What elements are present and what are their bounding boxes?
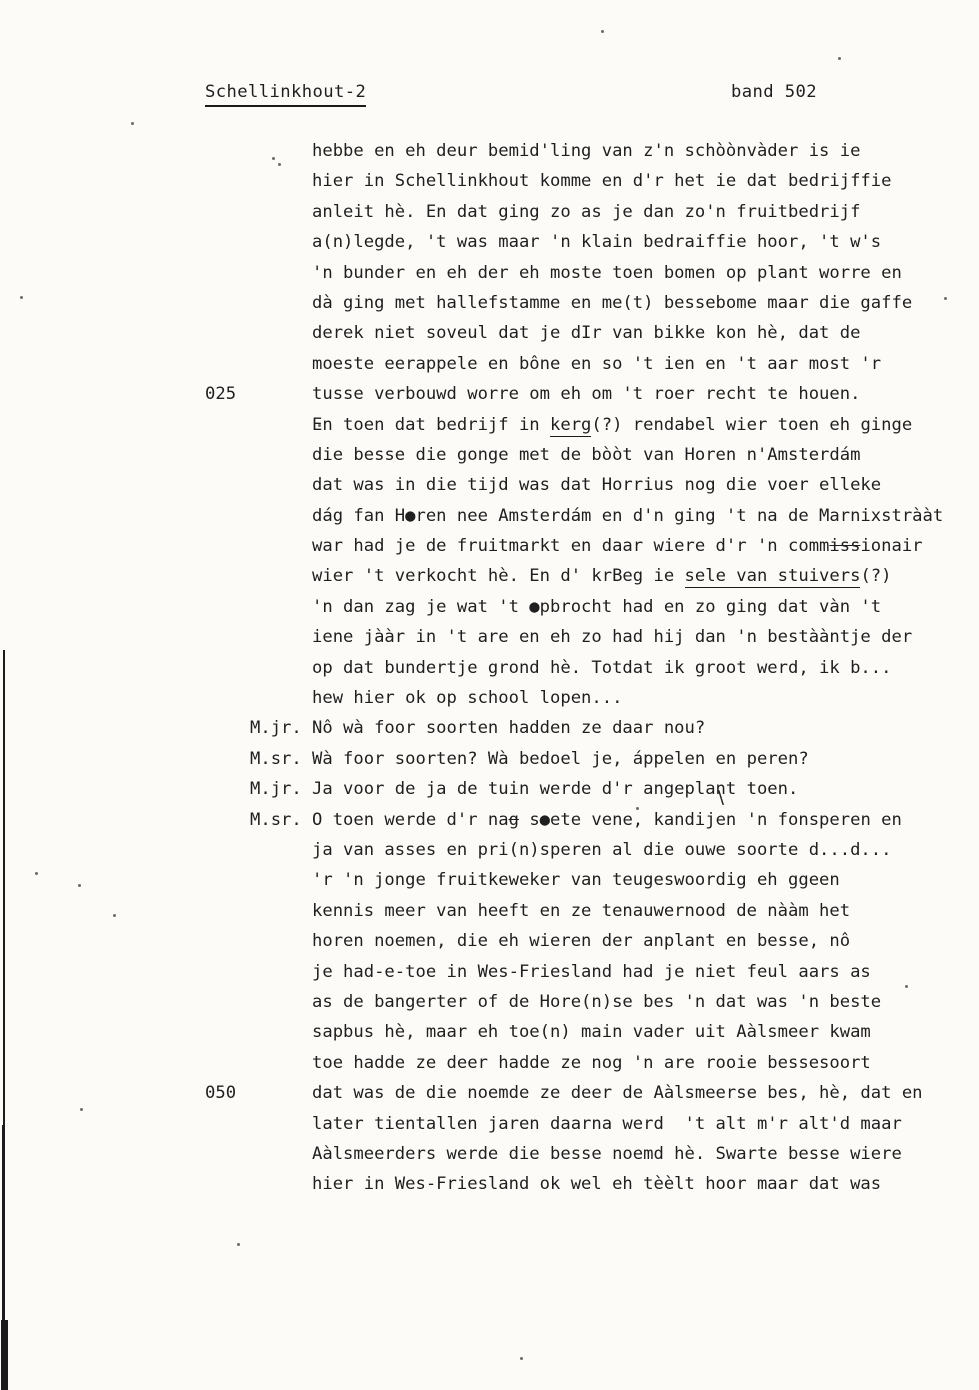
transcript-line: ja van asses en pri(n)speren al die ouwe… — [0, 840, 979, 870]
scan-noise-dot — [80, 1108, 83, 1111]
transcript-line: toe hadde ze deer hadde ze nog 'n are ro… — [0, 1053, 979, 1083]
scan-noise-dot — [35, 872, 38, 875]
scan-noise-dot — [601, 30, 604, 33]
scan-noise-dot — [838, 57, 841, 60]
transcript-line-text: derek niet soveul dat je dIr van bikke k… — [312, 323, 860, 343]
transcript-line-text: later tientallen jaren daarna werd 't al… — [312, 1114, 902, 1134]
transcript-line: hebbe en eh deur bemid'ling van z'n schò… — [0, 141, 979, 171]
page-edge-scan-line — [3, 650, 5, 1125]
transcript-line: 'n bunder en eh der eh moste toen bomen … — [0, 263, 979, 293]
transcript-line-text: dà ging met hallefstamme en me(t) besseb… — [312, 293, 912, 313]
scanned-document-page: Schellinkhout-2 band 502 hebbe en eh deu… — [0, 0, 979, 1390]
transcript-line: moeste eerappele en bône en so 't ien en… — [0, 354, 979, 384]
transcript-line-text: moeste eerappele en bône en so 't ien en… — [312, 354, 881, 374]
page-edge-scan-line — [1, 1320, 8, 1390]
transcript-line-text: iene jààr in 't are en eh zo had hij dan… — [312, 627, 912, 647]
transcript-line-text: hier in Schellinkhout komme en d'r het i… — [312, 171, 891, 191]
scan-noise-dot — [78, 884, 81, 887]
transcript-line-text: 'r 'n jonge fruitkeweker van teugeswoord… — [312, 870, 840, 890]
transcript-line-text: war had je de fruitmarkt en daar wiere d… — [312, 536, 923, 556]
transcript-line: dà ging met hallefstamme en me(t) besseb… — [0, 293, 979, 323]
transcript-line-text: Wà foor soorten? Wà bedoel je, áppelen e… — [312, 749, 809, 769]
transcript-body: hebbe en eh deur bemid'ling van z'n schò… — [0, 141, 979, 1205]
scan-noise-dot — [20, 296, 23, 299]
margin-line-number: 050 — [205, 1083, 236, 1103]
transcript-line: die besse die gonge met de bòòt van Hore… — [0, 445, 979, 475]
transcript-line: horen noemen, die eh wieren der anplant … — [0, 931, 979, 961]
scan-noise-dot — [131, 122, 134, 125]
transcript-line: dág fan H●ren nee Amsterdám en d'n ging … — [0, 506, 979, 536]
transcript-line: M.jr.Ja voor de ja de tuin werde d'r ang… — [0, 779, 979, 809]
transcript-line: hier in Wes-Friesland ok wel eh tèèlt ho… — [0, 1174, 979, 1204]
transcript-line-text: dat was de die noemde ze deer de Aàlsmee… — [312, 1083, 923, 1103]
scan-noise-dot — [318, 424, 321, 427]
transcript-line-text: wier 't verkocht hè. En d' krBeg ie sele… — [312, 566, 892, 586]
margin-line-number: 025 — [205, 384, 236, 404]
speaker-label: M.sr. — [250, 749, 302, 769]
transcript-line-text: dat was in die tijd was dat Horrius nog … — [312, 475, 881, 495]
transcript-line: wier 't verkocht hè. En d' krBeg ie sele… — [0, 566, 979, 596]
scan-noise-dot — [113, 914, 116, 917]
band-number-label: band 502 — [731, 82, 817, 102]
transcript-line: 'r 'n jonge fruitkeweker van teugeswoord… — [0, 870, 979, 900]
transcript-line: sapbus hè, maar eh toe(n) main vader uit… — [0, 1022, 979, 1052]
transcript-line-text: ja van asses en pri(n)speren al die ouwe… — [312, 840, 891, 860]
scan-noise-dot — [636, 807, 639, 810]
transcript-line-text: hew hier ok op school lopen... — [312, 688, 622, 708]
transcript-line-text: 'n bunder en eh der eh moste toen bomen … — [312, 263, 902, 283]
scan-noise-dot — [520, 1357, 523, 1360]
transcript-line: derek niet soveul dat je dIr van bikke k… — [0, 323, 979, 353]
document-title: Schellinkhout-2 — [205, 82, 366, 107]
transcript-line-text: Aàlsmeerders werde die besse noemd hè. S… — [312, 1144, 902, 1164]
transcript-line: 'n dan zag je wat 't ●pbrocht had en zo … — [0, 597, 979, 627]
transcript-line-text: a(n)legde, 't was maar 'n klain bedraiff… — [312, 232, 881, 252]
transcript-line-text: horen noemen, die eh wieren der anplant … — [312, 931, 850, 951]
transcript-line-text: kennis meer van heeft en ze tenauwernood… — [312, 901, 850, 921]
transcript-line: je had-e-toe in Wes-Friesland had je nie… — [0, 962, 979, 992]
transcript-line: Aàlsmeerders werde die besse noemd hè. S… — [0, 1144, 979, 1174]
speaker-label: M.jr. — [250, 779, 302, 799]
transcript-line-text: toe hadde ze deer hadde ze nog 'n are ro… — [312, 1053, 871, 1073]
transcript-line: iene jààr in 't are en eh zo had hij dan… — [0, 627, 979, 657]
transcript-line-text: je had-e-toe in Wes-Friesland had je nie… — [312, 962, 871, 982]
transcript-line-text: sapbus hè, maar eh toe(n) main vader uit… — [312, 1022, 871, 1042]
transcript-line: M.sr.O toen werde d'r nag s●ete vene, ka… — [0, 810, 979, 840]
transcript-line-text: 'n dan zag je wat 't ●pbrocht had en zo … — [312, 597, 881, 617]
transcript-line-text: die besse die gonge met de bòòt van Hore… — [312, 445, 860, 465]
transcript-line: M.jr.Nô wà foor soorten hadden ze daar n… — [0, 718, 979, 748]
scan-noise-dot — [278, 163, 281, 166]
transcript-line-text: anleit hè. En dat ging zo as je dan zo'n… — [312, 202, 860, 222]
scan-noise-dot — [905, 985, 908, 988]
speaker-label: M.sr. — [250, 810, 302, 830]
transcript-line-text: op dat bundertje grond hè. Totdat ik gro… — [312, 658, 891, 678]
transcript-line: a(n)legde, 't was maar 'n klain bedraiff… — [0, 232, 979, 262]
transcript-line: kennis meer van heeft en ze tenauwernood… — [0, 901, 979, 931]
transcript-line-text: O toen werde d'r nag s●ete vene, kandije… — [312, 810, 902, 830]
transcript-line-text: as de bangerter of de Hore(n)se bes 'n d… — [312, 992, 881, 1012]
transcript-line: as de bangerter of de Hore(n)se bes 'n d… — [0, 992, 979, 1022]
transcript-line-text: En toen dat bedrijf in kerg(?) rendabel … — [312, 415, 912, 435]
scan-noise-dot — [272, 157, 275, 160]
page-edge-scan-line — [2, 1125, 5, 1320]
transcript-line: op dat bundertje grond hè. Totdat ik gro… — [0, 658, 979, 688]
transcript-line: later tientallen jaren daarna werd 't al… — [0, 1114, 979, 1144]
transcript-line: dat was in die tijd was dat Horrius nog … — [0, 475, 979, 505]
transcript-line: En toen dat bedrijf in kerg(?) rendabel … — [0, 415, 979, 445]
transcript-line: M.sr.Wà foor soorten? Wà bedoel je, áppe… — [0, 749, 979, 779]
transcript-line-text: hier in Wes-Friesland ok wel eh tèèlt ho… — [312, 1174, 881, 1194]
transcript-line: 050dat was de die noemde ze deer de Aàls… — [0, 1083, 979, 1113]
scan-noise-dot — [944, 297, 947, 300]
transcript-line: war had je de fruitmarkt en daar wiere d… — [0, 536, 979, 566]
transcript-line: anleit hè. En dat ging zo as je dan zo'n… — [0, 202, 979, 232]
transcript-line-text: dág fan H●ren nee Amsterdám en d'n ging … — [312, 506, 943, 526]
transcript-line: 025tusse verbouwd worre om eh om 't roer… — [0, 384, 979, 414]
transcript-line: hier in Schellinkhout komme en d'r het i… — [0, 171, 979, 201]
speaker-label: M.jr. — [250, 718, 302, 738]
scan-noise-dot — [237, 1243, 240, 1246]
transcript-line-text: tusse verbouwd worre om eh om 't roer re… — [312, 384, 860, 404]
transcript-line: hew hier ok op school lopen... — [0, 688, 979, 718]
transcript-line-text: hebbe en eh deur bemid'ling van z'n schò… — [312, 141, 860, 161]
transcript-line-text: Nô wà foor soorten hadden ze daar nou? — [312, 718, 705, 738]
